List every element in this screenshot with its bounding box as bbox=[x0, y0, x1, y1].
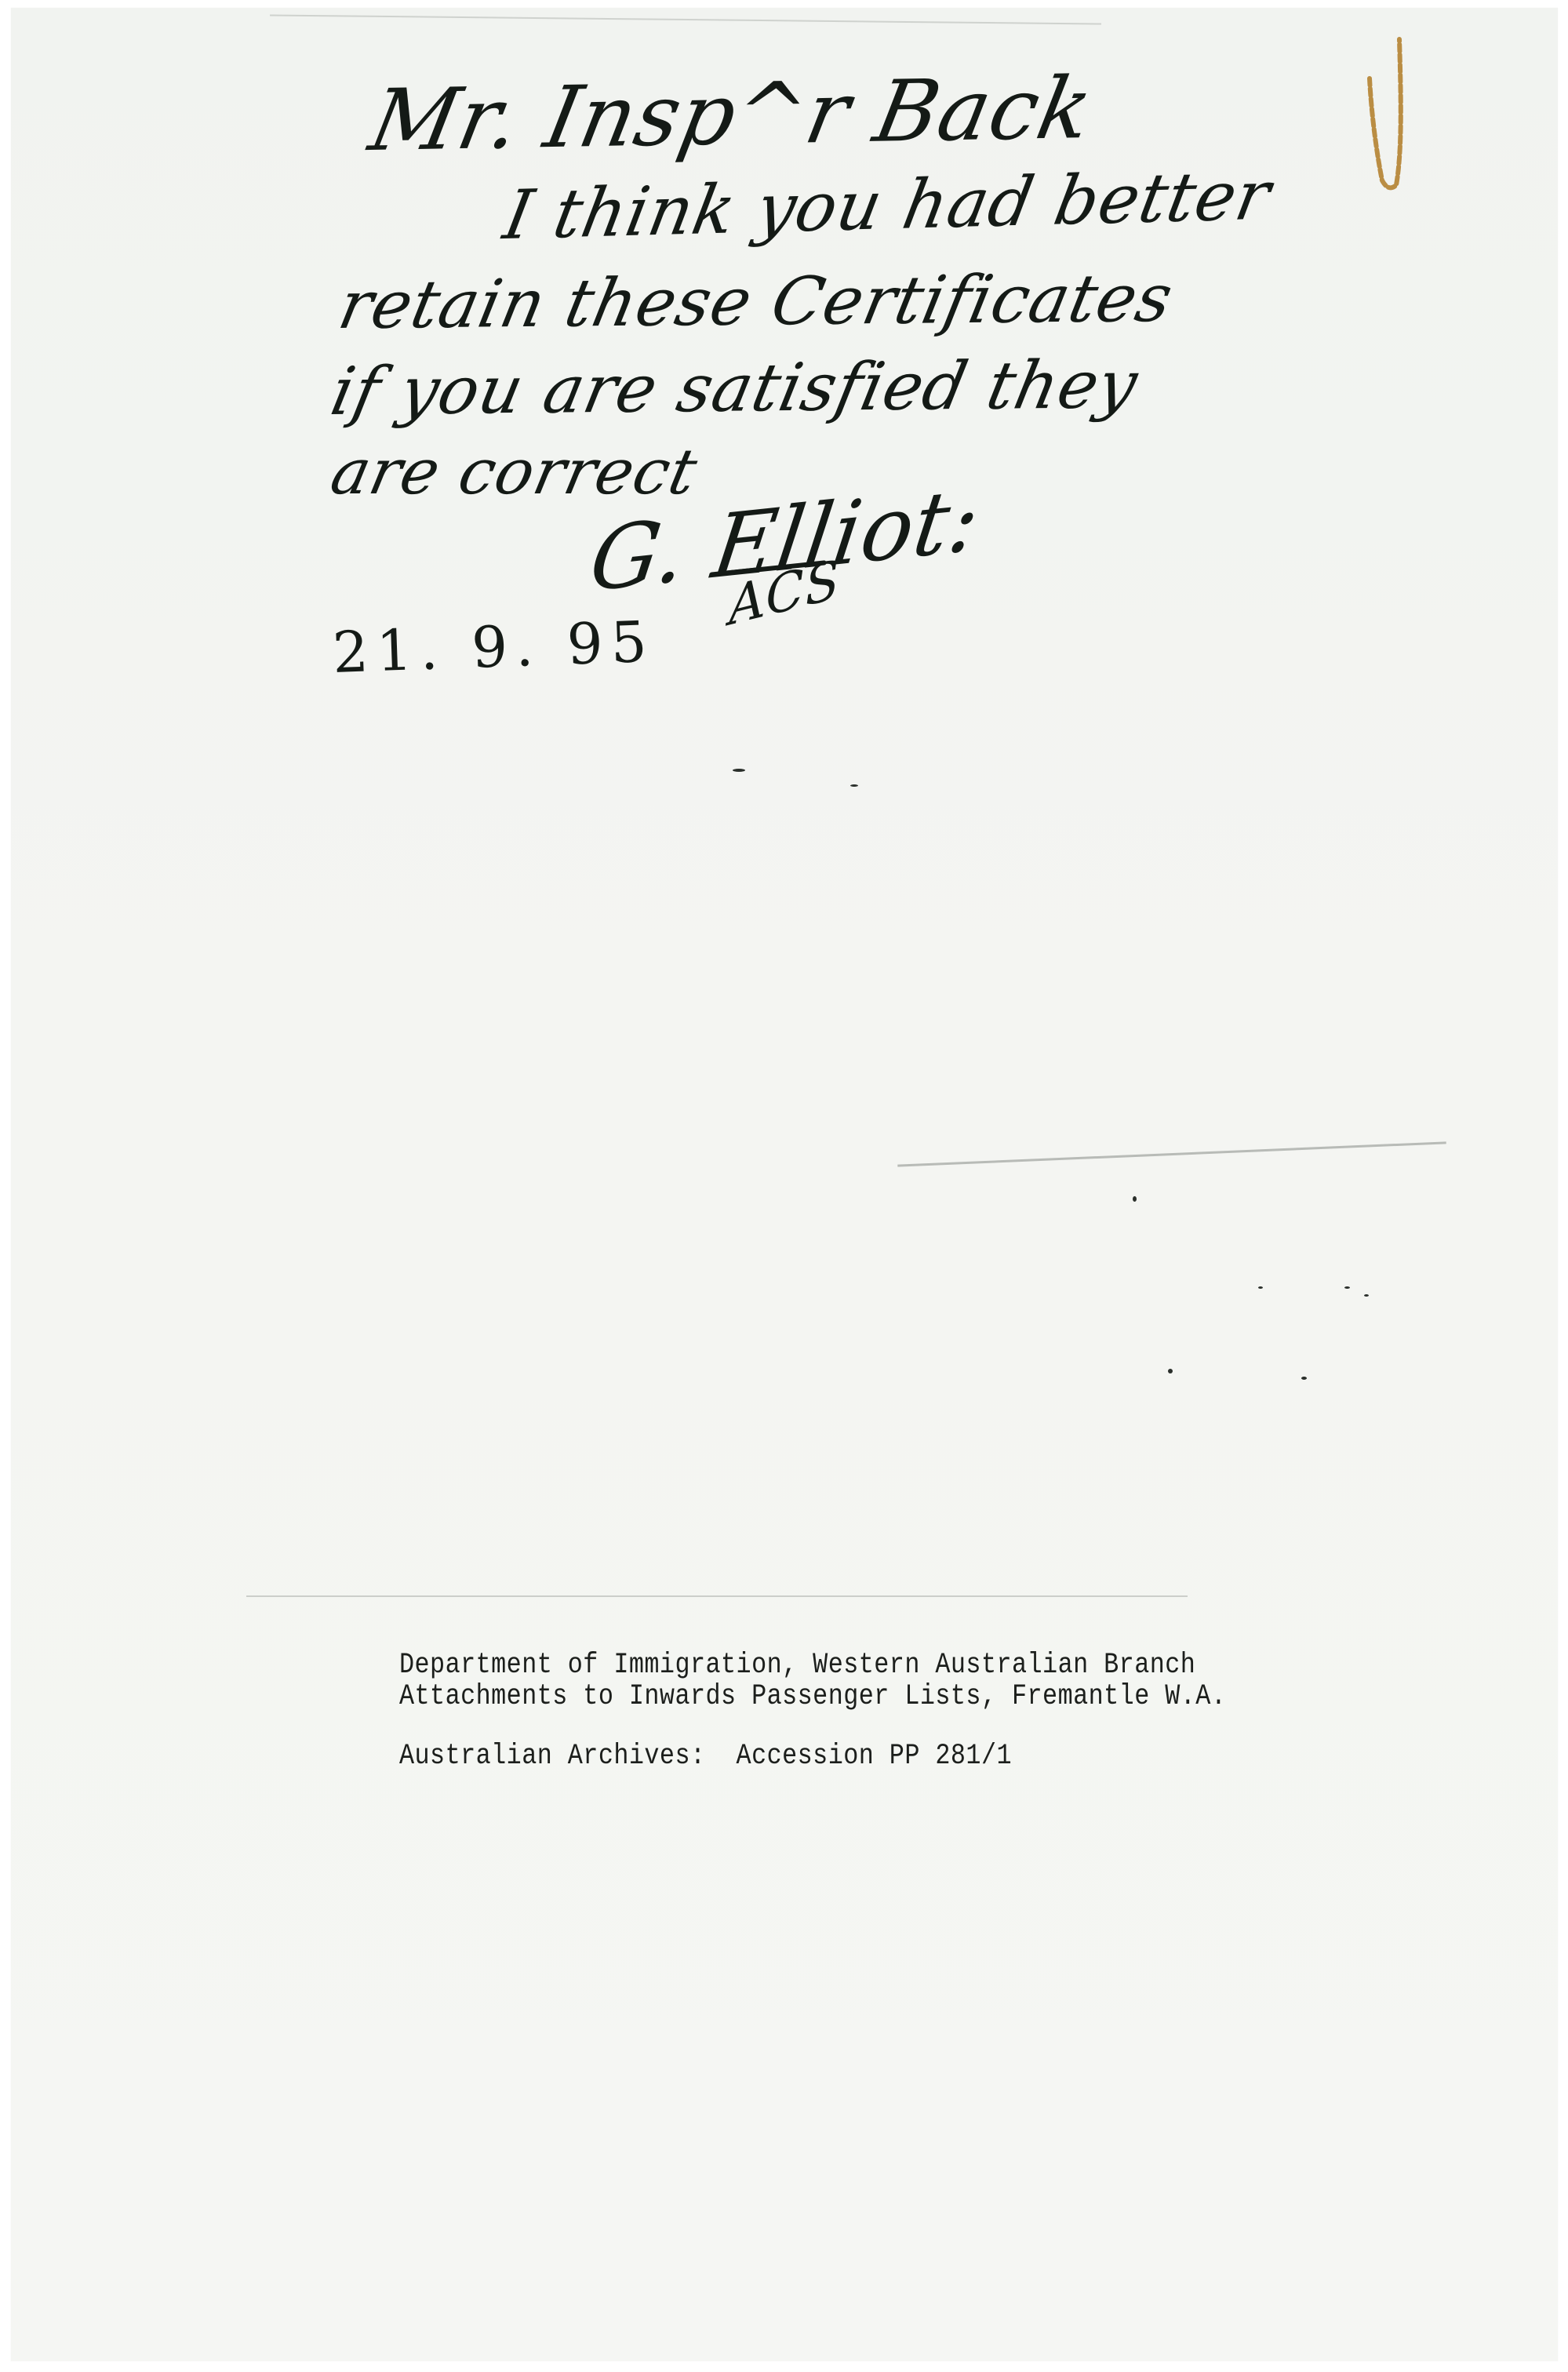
caption-archive-reference: Australian Archives: Accession PP 281/1 bbox=[399, 1741, 1226, 1772]
ink-speck bbox=[1301, 1377, 1307, 1380]
ink-speck bbox=[1133, 1196, 1137, 1202]
ink-speck bbox=[850, 784, 858, 787]
ink-speck bbox=[1168, 1369, 1173, 1373]
caption-separator-line bbox=[246, 1595, 1188, 1597]
memo-line-1: I think you had better bbox=[498, 156, 1277, 255]
caption-gap bbox=[399, 1712, 1226, 1741]
ink-speck bbox=[1344, 1286, 1350, 1289]
memo-line-4: are correct bbox=[325, 435, 704, 508]
ink-speck bbox=[1364, 1294, 1369, 1297]
archival-caption: Department of Immigration, Western Austr… bbox=[399, 1650, 1226, 1772]
memo-line-3: if you are satisfied they bbox=[325, 346, 1144, 430]
paperclip-rust-stain-icon bbox=[1362, 31, 1417, 196]
stray-pencil-line bbox=[897, 1141, 1446, 1166]
ink-speck bbox=[1258, 1286, 1263, 1289]
ink-speck bbox=[733, 769, 745, 772]
memo-date: 21. 9. 95 bbox=[332, 609, 656, 686]
document-page: Mr. Insp^r Back I think you had better r… bbox=[11, 8, 1558, 2361]
top-edge-line bbox=[270, 14, 1101, 24]
memo-addressee: Mr. Insp^r Back bbox=[362, 60, 1101, 170]
caption-line-1: Department of Immigration, Western Austr… bbox=[399, 1650, 1226, 1681]
memo-line-2: retain these Certificates bbox=[333, 260, 1180, 344]
caption-line-2: Attachments to Inwards Passenger Lists, … bbox=[399, 1681, 1226, 1712]
